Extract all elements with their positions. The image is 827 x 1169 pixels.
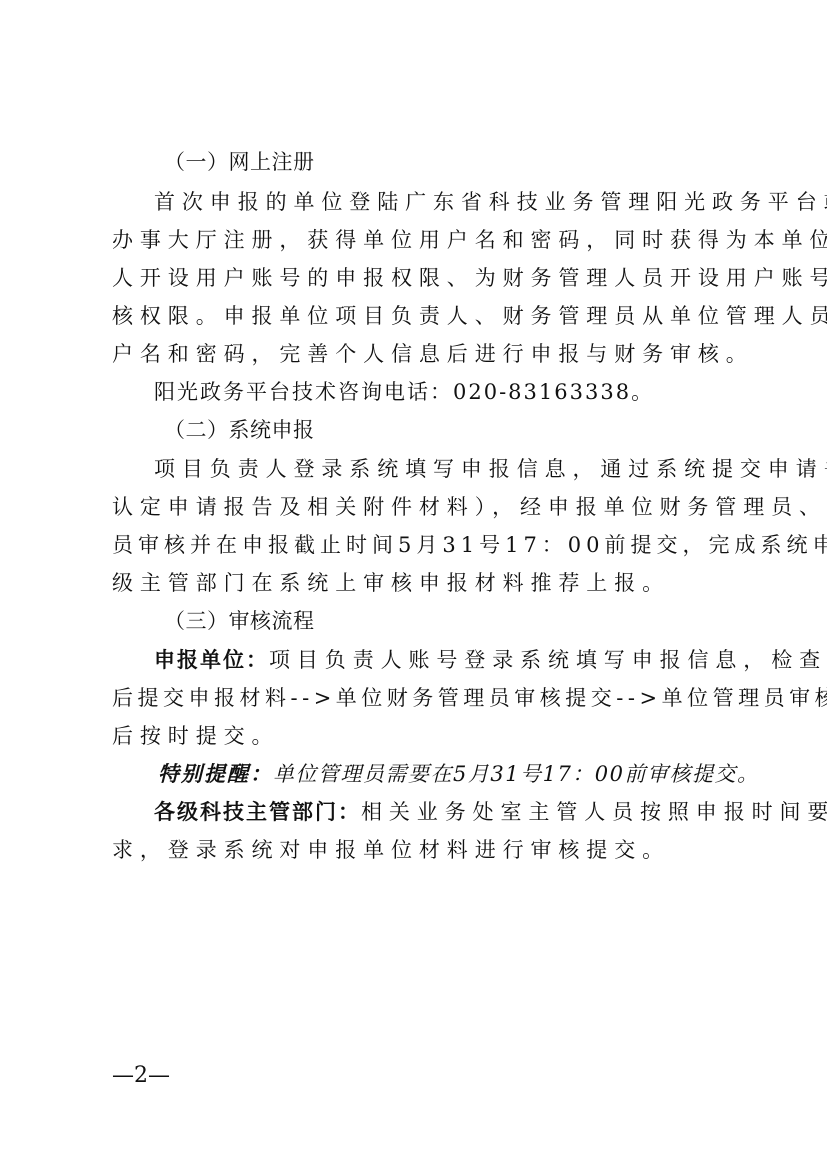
paragraph-line: 核权限。申报单位项目负责人、财务管理员从单位管理人员处获得用 xyxy=(112,302,827,330)
paragraph-text: 项目负责人账号登录系统填写申报信息，检查通过 xyxy=(269,648,827,672)
paragraph-line: 项目负责人登录系统填写申报信息，通过系统提交申请书（包含 xyxy=(154,455,827,483)
paragraph-line: 人开设用户账号的申报权限、为财务管理人员开设用户账号的财务审 xyxy=(112,264,827,292)
paragraph-line: 办事大厅注册，获得单位用户名和密码，同时获得为本单位项目负责 xyxy=(112,226,827,254)
paragraph-line: 级主管部门在系统上审核申报材料推荐上报。 xyxy=(112,569,670,597)
special-reminder-line: 特别提醒：单位管理员需要在5月31号17：00前审核提交。 xyxy=(158,760,760,788)
paragraph-line: 申报单位：项目负责人账号登录系统填写申报信息，检查通过 xyxy=(154,646,827,674)
paragraph-line: 后提交申报材料-->单位财务管理员审核提交-->单位管理员审核 xyxy=(112,684,827,712)
paragraph-text: 相关业务处室主管人员按照申报时间要 xyxy=(361,800,827,824)
section-heading-1: （一）网上注册 xyxy=(164,148,315,176)
paragraph-line: 后按时提交。 xyxy=(112,722,279,750)
label-special-reminder: 特别提醒： xyxy=(158,762,273,786)
page-number: —2— xyxy=(112,1063,170,1088)
paragraph-line: 户名和密码，完善个人信息后进行申报与财务审核。 xyxy=(112,340,754,368)
hotline-line: 阳光政务平台技术咨询电话：020-83163338。 xyxy=(154,378,654,406)
paragraph-line: 首次申报的单位登陆广东省科技业务管理阳光政务平台或省网上 xyxy=(154,188,827,216)
reminder-text: 单位管理员需要在5月31号17：00前审核提交。 xyxy=(273,762,760,786)
label-tech-departments: 各级科技主管部门： xyxy=(154,800,361,824)
section-heading-3: （三）审核流程 xyxy=(164,607,315,635)
paragraph-line: 求，登录系统对申报单位材料进行审核提交。 xyxy=(112,836,670,864)
paragraph-line: 认定申请报告及相关附件材料），经申报单位财务管理员、单位管理 xyxy=(112,493,827,521)
paragraph-line: 员审核并在申报截止时间5月31号17：00前提交，完成系统申报。上 xyxy=(112,531,827,559)
section-heading-2: （二）系统申报 xyxy=(164,416,315,444)
paragraph-line: 各级科技主管部门：相关业务处室主管人员按照申报时间要 xyxy=(154,798,827,826)
label-applicant-unit: 申报单位： xyxy=(154,648,269,672)
